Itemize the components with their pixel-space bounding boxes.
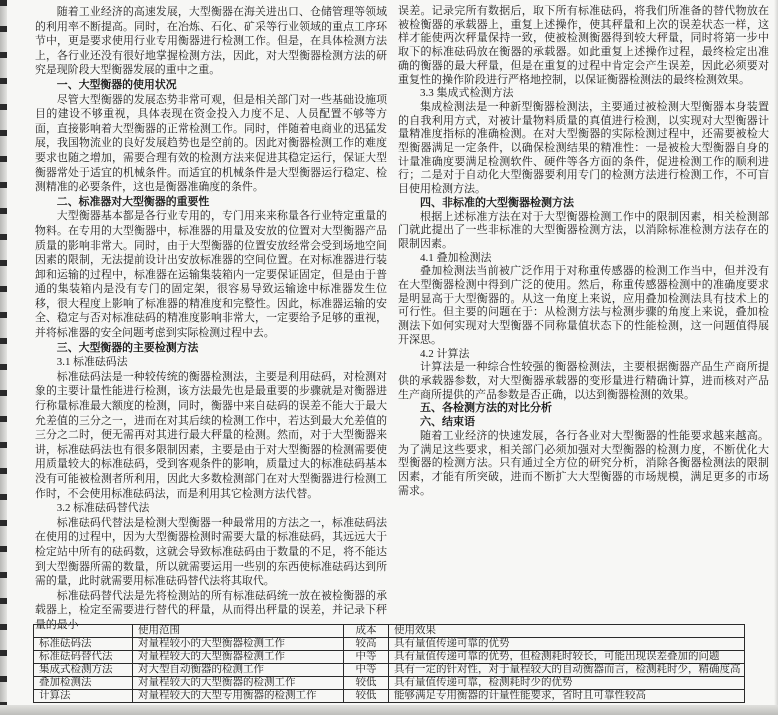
table-header-row: 使用范围成本使用效果 [34,625,745,638]
paragraph: 集成检测法是一种新型衡器检测法，主要通过被检测大型衡器本身装置的自我利用方式，对… [398,101,769,197]
cost-cell: 较高 [344,638,389,651]
scope-cell: 对量程较大的大型衡器的检测工作 [133,677,344,690]
method-name-cell: 标准砝码法 [34,638,133,651]
scope-cell: 对量程较大的大型衡器检测工作 [133,651,344,664]
table-header-cell: 使用效果 [389,625,745,638]
method-name-cell: 标准砝码替代法 [34,651,133,664]
scan-edge-left [0,0,7,715]
table-header-cell: 成本 [344,625,389,638]
paragraph: 计算法是一种综合性较强的衡器检测法，主要根据衡器产品生产商所提供的承载器参数，对… [398,361,769,402]
right-column: 误差。记录完所有数据后，取下所有标准砝码，将我们所准备的替代物放在被检衡器的承载… [398,5,769,498]
table-row: 集成式检测方法对大型自动衡器的检测工作中等具有一定的针对性，对于量程较大的自动衡… [34,664,745,677]
subsection-heading: 4.2 计算法 [398,348,769,362]
table-row: 标准砝码法对量程较小的大型衡器检测工作较高具有量值传递可靠的优势 [34,638,745,651]
cost-cell: 较低 [344,677,389,690]
scope-cell: 对大型自动衡器的检测工作 [133,664,344,677]
subsection-heading: 3.1 标准砝码法 [35,355,387,370]
scope-cell: 对量程较小的大型衡器检测工作 [133,638,344,651]
table-row: 计算法对量程较大的大型专用衡器的检测工作较低能够满足专用衡器的计量性能要求，省时… [34,690,745,703]
cost-cell: 较低 [344,690,389,703]
table-header-cell: 使用范围 [133,625,344,638]
paragraph: 尽管大型衡器的发展态势非常可观，但是相关部门对一些基础设施项目的建设不够重视，具… [35,93,387,195]
paragraph: 根据上述标准方法在对于大型衡器检测工作中的限制因素，相关检测部门就此提出了一些非… [398,211,769,252]
effect-cell: 具有一定的针对性，对于量程较大的自动衡器而言，检测耗时少，精确度高 [389,664,745,677]
left-column: 随着工业经济的高速发展，大型衡器在海关进出口、仓储管理等领域的利用率不断提高。同… [35,5,387,633]
paragraph: 误差。记录完所有数据后，取下所有标准砝码，将我们所准备的替代物放在被检衡器的承载… [398,5,769,87]
section-heading: 六、结束语 [398,416,769,430]
table-row: 叠加检测法对量程较大的大型衡器的检测工作较低具有量值传递可靠，检测耗时少的优势 [34,677,745,690]
section-heading: 二、标准器对大型衡器的重要性 [35,195,387,210]
subsection-heading: 3.3 集成式检测方法 [398,87,769,101]
subsection-heading: 3.2 标准砝码替代法 [35,501,387,516]
method-name-cell: 集成式检测方法 [34,664,133,677]
section-heading: 五、各检测方法的对比分析 [398,402,769,416]
paragraph: 标准砝码代替法是检测大型衡器一种最常用的方法之一，标准砝码法在使用的过程中，因为… [35,516,387,589]
scan-edge-right [774,0,778,715]
effect-cell: 具有量值传递可靠的优势，但检测耗时较长，可能出现误差叠加的问题 [389,651,745,664]
effect-cell: 具有量值传递可靠的优势 [389,638,745,651]
table-header-cell [34,625,133,638]
paragraph: 随着工业经济的高速发展，大型衡器在海关进出口、仓储管理等领域的利用率不断提高。同… [35,5,387,78]
document-page: 随着工业经济的高速发展，大型衡器在海关进出口、仓储管理等领域的利用率不断提高。同… [0,0,778,715]
scope-cell: 对量程较大的大型专用衡器的检测工作 [133,690,344,703]
subsection-heading: 4.1 叠加检测法 [398,252,769,266]
section-heading: 四、非标准的大型衡器检测方法 [398,197,769,211]
cost-cell: 中等 [344,651,389,664]
effect-cell: 具有量值传递可靠，检测耗时少的优势 [389,677,745,690]
paragraph: 叠加检测法当前被广泛作用于对称重传感器的检测工作当中，但并没有在大型衡器检测中得… [398,265,769,347]
cost-cell: 中等 [344,664,389,677]
method-name-cell: 叠加检测法 [34,677,133,690]
paragraph: 随着工业经济的快速发展，各行各业对大型衡器的性能要求越来越高。为了满足这些要求，… [398,430,769,499]
section-heading: 一、大型衡器的使用状况 [35,78,387,93]
effect-cell: 能够满足专用衡器的计量性能要求，省时且可靠性较高 [389,690,745,703]
paragraph: 标准砝码法是一种较传统的衡器检测法，主要是利用砝码，对检测对象的主要计量性能进行… [35,370,387,501]
method-name-cell: 计算法 [34,690,133,703]
paragraph: 大型衡器基本都是各行业专用的，专门用来来称量各行业特定重量的物料。在专用的大型衡… [35,209,387,340]
section-heading: 三、大型衡器的主要检测方法 [35,341,387,356]
scan-edge-bottom [0,705,778,715]
comparison-table: 使用范围成本使用效果标准砝码法对量程较小的大型衡器检测工作较高具有量值传递可靠的… [33,624,745,703]
table-row: 标准砝码替代法对量程较大的大型衡器检测工作中等具有量值传递可靠的优势，但检测耗时… [34,651,745,664]
